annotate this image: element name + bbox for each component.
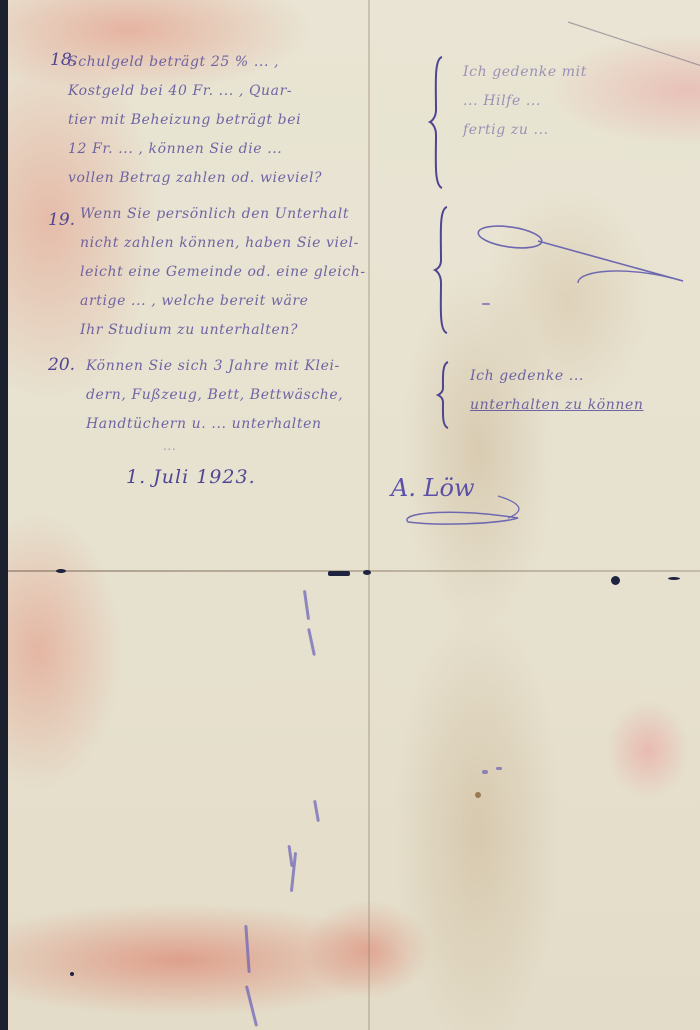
diagonal-pen-stroke [568,20,700,80]
question-20-line: Können Sie sich 3 Jahre mit Klei- [86,352,343,381]
question-18-line: Schulgeld beträgt 25 % ... , [68,48,322,77]
show-through-ink-stroke [244,925,250,973]
question-19-number: 19. [48,210,75,230]
horizontal-fold-crease [8,570,700,572]
answer-18-line: ... Hilfe ... [463,87,587,116]
question-18-line: 12 Fr. ... , können Sie die ... [68,135,322,164]
question-20-number: 20. [48,355,75,375]
ink-mark [70,972,74,976]
ink-mark [363,570,371,575]
document-page: 18. Schulgeld beträgt 25 % ... , Kostgel… [8,0,700,1030]
brace-icon [436,360,454,430]
question-19-line: leicht eine Gemeinde od. eine gleich- [80,258,366,287]
question-20-insertion: ... [163,437,176,455]
vertical-fold-crease [368,0,370,1030]
answer-20-line: Ich gedenke ... [470,362,644,391]
ink-mark [56,569,66,573]
question-20-text: Können Sie sich 3 Jahre mit Klei- dern, … [86,352,343,439]
show-through-ink-stroke [303,590,310,620]
show-through-ink-stroke [496,767,502,770]
question-18-line: tier mit Beheizung beträgt bei [68,106,322,135]
show-through-ink-stroke [245,985,258,1026]
ink-mark [611,576,620,585]
brace-icon [433,205,453,335]
question-19-line: Ihr Studium zu unterhalten? [80,316,366,345]
answer-18-line: fertig zu ... [463,116,587,145]
answer-20-line: unterhalten zu können [470,391,644,420]
document-date: 1. Juli 1923. [126,466,256,488]
answer-20-text: Ich gedenke ... unterhalten zu können [470,362,644,420]
question-19-text: Wenn Sie persönlich den Unterhalt nicht … [80,200,366,345]
question-19-line: nicht zahlen können, haben Sie viel- [80,229,366,258]
strike-through-flourish [478,215,698,290]
question-19-line: Wenn Sie persönlich den Unterhalt [80,200,366,229]
brace-icon [428,55,448,190]
ink-mark [475,792,481,798]
question-18-line: vollen Betrag zahlen od. wieviel? [68,164,322,193]
question-19-line: artige ... , welche bereit wäre [80,287,366,316]
dash-mark [482,303,490,305]
question-18-line: Kostgeld bei 40 Fr. ... , Quar- [68,77,322,106]
ink-mark [328,571,350,576]
question-20-line: Handtüchern u. ... unterhalten [86,410,343,439]
question-18-text: Schulgeld beträgt 25 % ... , Kostgeld be… [68,48,322,193]
ink-mark [668,577,680,580]
show-through-ink-stroke [307,628,316,656]
show-through-ink-stroke [313,800,320,822]
signature-flourish [398,490,528,530]
question-20-line: dern, Fußzeug, Bett, Bettwäsche, [86,381,343,410]
show-through-ink-stroke [482,770,488,774]
